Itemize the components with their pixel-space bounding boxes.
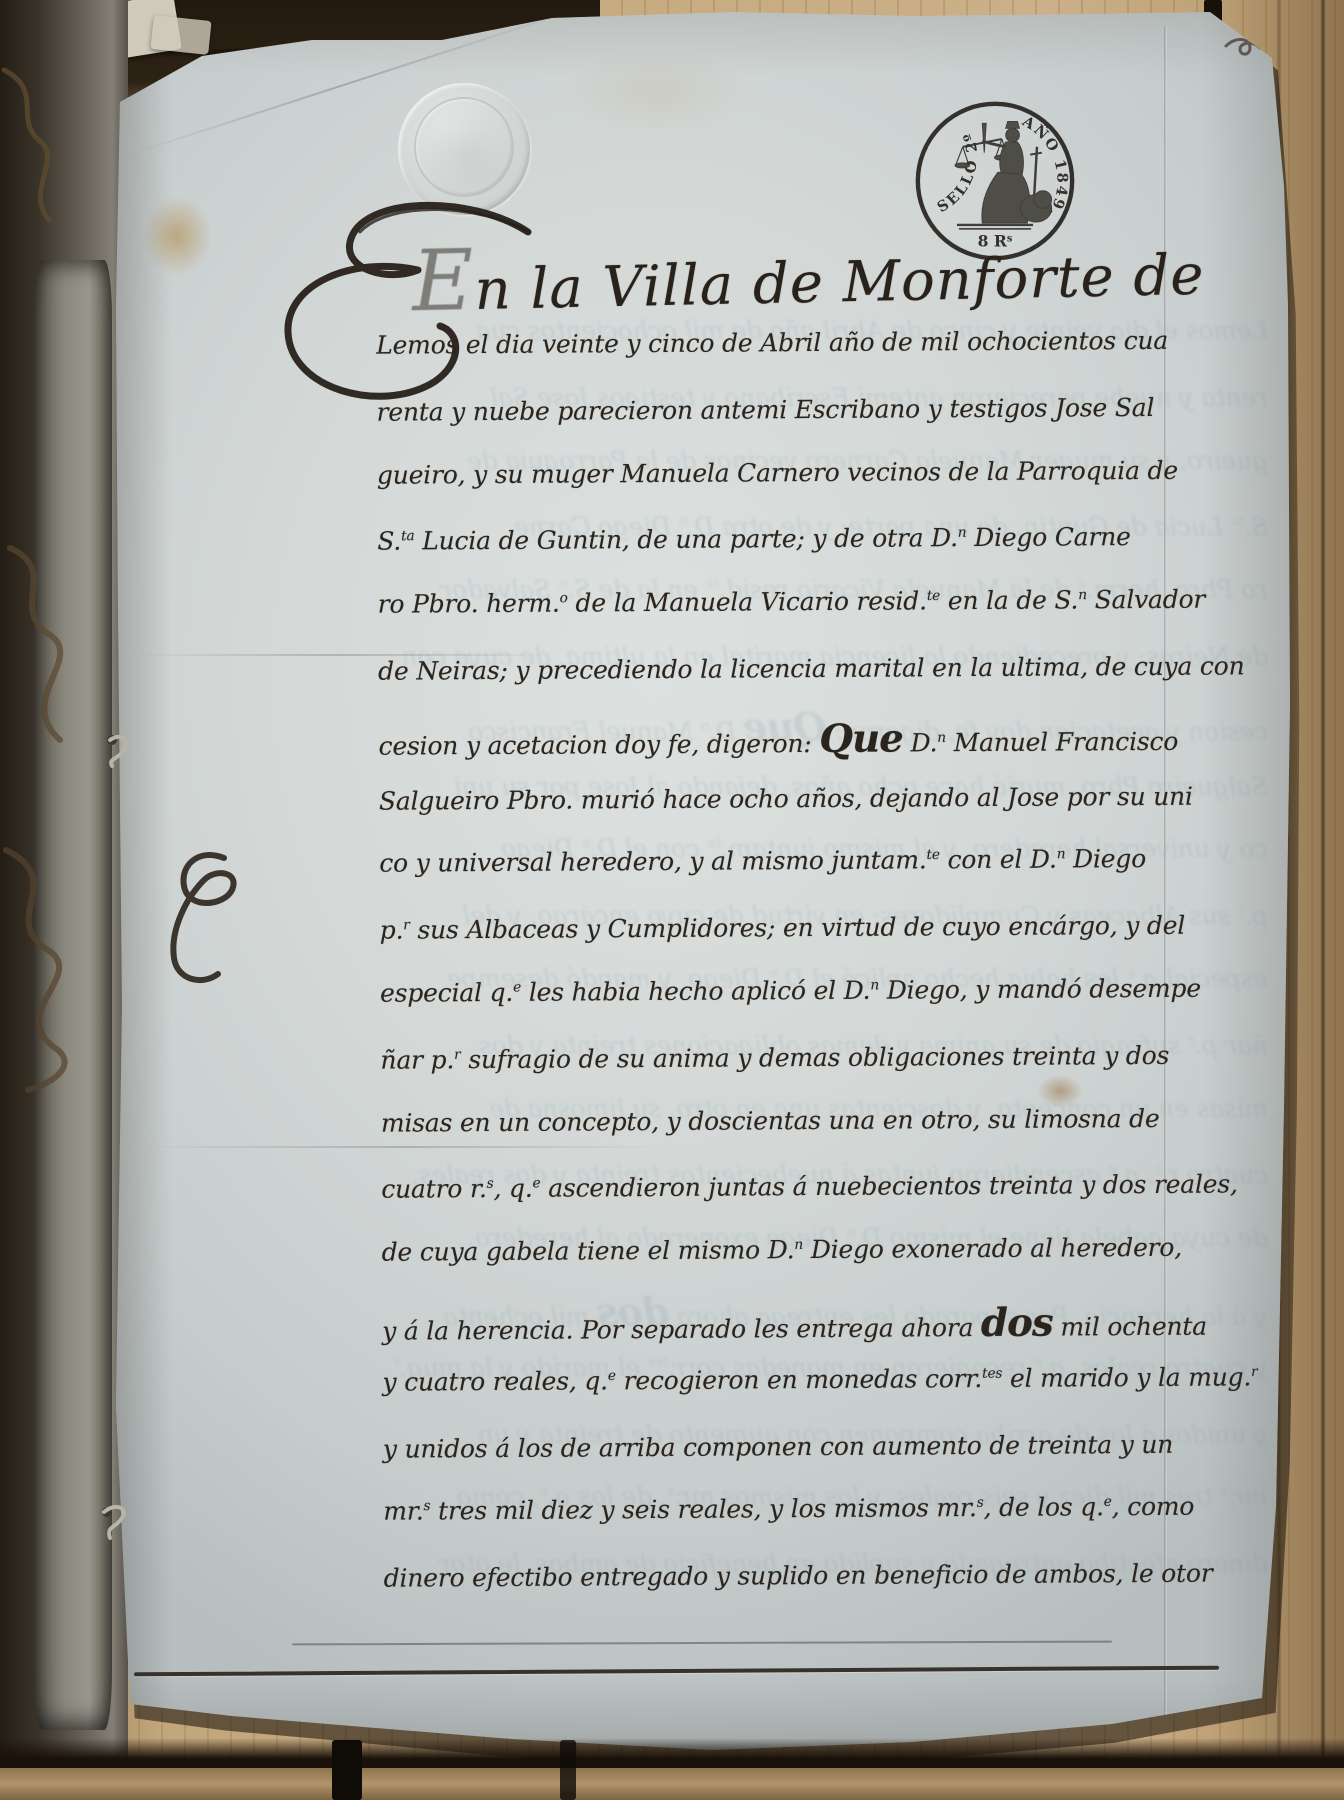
manuscript-body: Lemos el dia veinte y cinco de Abril año… bbox=[376, 325, 1259, 1626]
wood-plank-seam bbox=[1320, 0, 1326, 1800]
bottom-rule-thin bbox=[292, 1641, 1112, 1646]
bottom-rule-thick bbox=[134, 1666, 1219, 1677]
bottom-shadow-band bbox=[0, 1738, 1344, 1772]
wood-plank-gap bbox=[332, 1740, 362, 1800]
stain bbox=[567, 46, 747, 136]
manuscript-line: co y universal heredero, y al mismo junt… bbox=[379, 844, 1254, 914]
embossed-dry-seal-inner bbox=[414, 97, 514, 197]
margin-rubric-flourish bbox=[140, 846, 270, 996]
manuscript-line: Lemos el dia veinte y cinco de Abril año… bbox=[376, 325, 1251, 395]
manuscript-page: Lemos el dia veinte y cinco de Abril año… bbox=[112, 6, 1292, 1768]
manuscript-line: especial q.e les habia hecho aplicó el D… bbox=[380, 973, 1255, 1043]
manuscript-line: misas en un concepto, y doscientas una e… bbox=[381, 1103, 1256, 1173]
manuscript-line: de Neiras; y precediendo la licencia mar… bbox=[378, 651, 1253, 721]
wood-plank-gap bbox=[560, 1740, 576, 1800]
manuscript-line: ro Pbro. herm.o de la Manuela Vicario re… bbox=[378, 585, 1253, 655]
manuscript-line: mr.s tres mil diez y seis reales, y los … bbox=[383, 1492, 1258, 1562]
stain bbox=[142, 196, 212, 276]
manuscript-line: renta y nuebe parecieron antemi Escriban… bbox=[376, 392, 1251, 462]
heading-text: n la Villa de Monforte de bbox=[474, 243, 1205, 323]
manuscript-line: y á la herencia. Por separado les entreg… bbox=[382, 1299, 1257, 1369]
manuscript-line: ñar p.r sufragio de su anima y demas obl… bbox=[380, 1040, 1255, 1110]
manuscript-line: y unidos á los de arriba componen con au… bbox=[383, 1429, 1258, 1499]
heading-line: En la Villa de Monforte de bbox=[411, 216, 1205, 331]
margin-ink-flourish bbox=[0, 840, 98, 1100]
margin-ink-flourish bbox=[0, 60, 84, 230]
manuscript-line: cuatro r.s, q.e ascendieron juntas á nue… bbox=[381, 1170, 1256, 1240]
embossed-dry-seal bbox=[398, 83, 530, 215]
manuscript-line: de cuya gabela tiene el mismo D.n Diego … bbox=[382, 1232, 1257, 1302]
margin-ink-flourish bbox=[0, 540, 90, 760]
binding-stitch bbox=[96, 1496, 130, 1542]
manuscript-line: cesion y acetacion doy fe, digeron: Que … bbox=[378, 714, 1253, 784]
manuscript-line: p.r sus Albaceas y Cumplidores; en virtu… bbox=[380, 911, 1255, 981]
manuscript-line: S.ta Lucia de Guntin, de una parte; y de… bbox=[377, 522, 1252, 592]
manuscript-line: Salgueiro Pbro. murió hace ocho años, de… bbox=[379, 781, 1254, 851]
manuscript-line: y cuatro reales, q.e recogieron en moned… bbox=[382, 1362, 1257, 1432]
paper-scrap bbox=[150, 15, 211, 55]
manuscript-line: dinero efectibo entregado y suplido en b… bbox=[384, 1558, 1259, 1628]
heading-initial: E bbox=[411, 231, 475, 330]
bottom-wood-strip bbox=[0, 1768, 1344, 1800]
manuscript-line: gueiro, y su muger Manuela Carnero vecin… bbox=[377, 455, 1252, 525]
binding-stitch bbox=[100, 726, 134, 772]
photo-scene: Lemos el dia veinte y cinco de Abril año… bbox=[0, 0, 1344, 1800]
